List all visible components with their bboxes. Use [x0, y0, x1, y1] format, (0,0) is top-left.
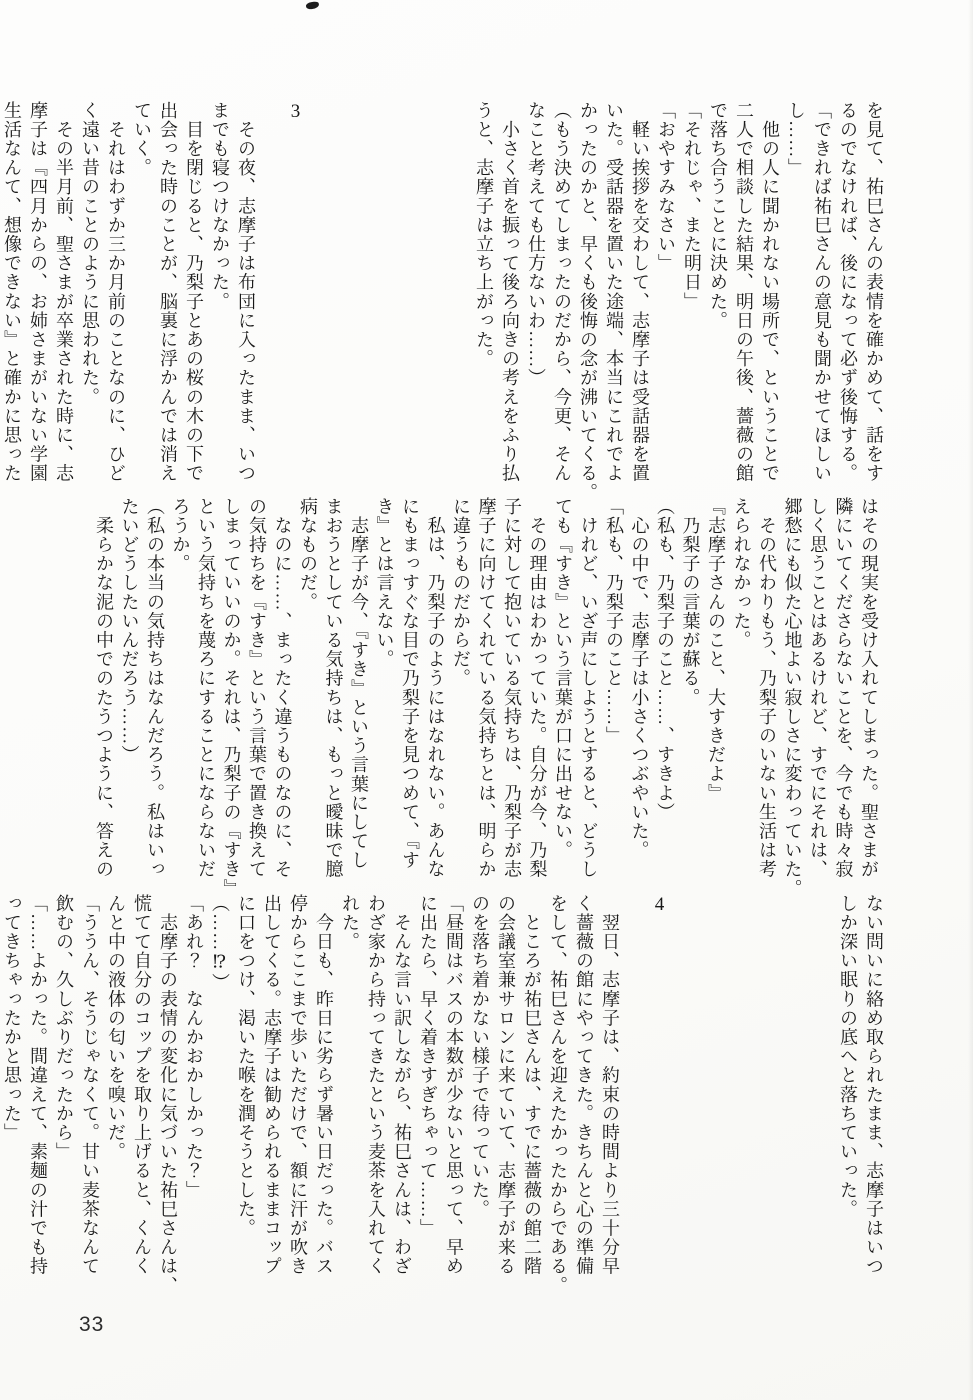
text-column: 乃梨子の言葉が蘇る。 — [677, 497, 703, 889]
text-column: し……」 — [783, 101, 809, 495]
text-column: ろうか。 — [167, 497, 193, 889]
text-column: 停からここまで歩いただけで、額に汗が吹き — [285, 894, 311, 1294]
text-column: き』とは言えない。 — [371, 497, 397, 889]
text-column: ても『すき』という言葉が口に出せない。 — [550, 497, 576, 889]
text-column: 「ううん、そうじゃなくて。甘い麦茶なんて — [77, 894, 103, 1294]
text-column: ってきちゃったかと思った」 — [0, 894, 25, 1294]
text-column: えられなかった。 — [728, 497, 754, 889]
text-column: なのに……、まったく違うものなのに、そ — [269, 497, 295, 889]
text-column: 目を閉じると、乃梨子とあの桜の木の下で — [181, 101, 207, 495]
text-column: ところが祐巳さんは、すでに薔薇の館二階 — [519, 894, 545, 1294]
page-number: 33 — [79, 1313, 104, 1337]
text-column: をして、祐巳さんを迎えたかったからである。 — [545, 894, 571, 1294]
text-column: く遠い昔のことのように思われた。 — [77, 101, 103, 495]
text-column: 私は、乃梨子のようにはなれない。あんな — [422, 497, 448, 889]
text-column: その夜、志摩子は布団に入ったまま、いつ — [233, 101, 259, 495]
text-column: いた。受話器を置いた途端、本当にこれでよ — [601, 101, 627, 495]
text-column: 出してくる。志摩子は勧められるままコップ — [259, 894, 285, 1294]
text-column: れた。 — [337, 894, 363, 1294]
text-column: はその現実を受け入れてしまった。聖さまが — [856, 497, 882, 889]
text-column: 「できれば祐巳さんの意見も聞かせてほしい — [809, 101, 835, 495]
text-column: その半月前、聖さまが卒業された時に、志 — [51, 101, 77, 495]
text-column: 志摩子の表情の変化に気づいた祐巳さんは、 — [155, 894, 181, 1294]
text-column: で落ち合うことに決めた。 — [705, 101, 731, 495]
text-column: 出会った時のことが、脳裏に浮かんでは消え — [155, 101, 181, 495]
text-column: にもまっすぐな目で乃梨子を見つめて、『す — [397, 497, 423, 889]
text-column: 他の人に聞かれない場所で、ということで — [757, 101, 783, 495]
scanned-book-page: を見て、祐巳さんの表情を確かめて、話をするのでなければ、後になって必ず後悔する。… — [0, 0, 973, 1400]
text-column: 心の中で、志摩子は小さくつぶやいた。 — [626, 497, 652, 889]
text-column: 志摩子が今、『すき』という言葉にしてし — [346, 497, 372, 889]
text-column: の気持ちを『すき』という言葉で置き換えて — [244, 497, 270, 889]
text-block-top: を見て、祐巳さんの表情を確かめて、話をするのでなければ、後になって必ず後悔する。… — [0, 101, 887, 495]
text-column: （私の本当の気持ちはなんだろう。私はいっ — [142, 497, 168, 889]
text-column: 軽い挨拶を交わして、志摩子は受話器を置 — [627, 101, 653, 495]
text-column: 今日も、昨日に劣らず暑い日だった。バス — [311, 894, 337, 1294]
text-column: 小さく首を振って後ろ向きの考えをふり払 — [497, 101, 523, 495]
text-block-bottom: ない問いに絡め取られたまま、志摩子はいつしか深い眠りの底へと落ちていった。4 翌… — [0, 894, 887, 1294]
text-column: に違うものだからだ。 — [448, 497, 474, 889]
text-column: その理由はわかっていた。自分が今、乃梨 — [524, 497, 550, 889]
page-edge-shadow — [968, 0, 973, 1400]
text-column: に口をつけ、渇いた喉を潤そうとした。 — [233, 894, 259, 1294]
text-column: （もう決めてしまったのだから、今更、そん — [549, 101, 575, 495]
text-column: 摩子は『四月からの、お姉さまがいない学園 — [25, 101, 51, 495]
text-column: く薔薇の館にやってきた。きちんと心の準備 — [571, 894, 597, 1294]
text-column: 「私も、乃梨子のこと……」 — [601, 497, 627, 889]
text-column: 飲むの、久しぶりだったから」 — [51, 894, 77, 1294]
text-column: ない問いに絡め取られたまま、志摩子はいつ — [861, 894, 887, 1294]
text-column: 子に対して抱いている気持ちは、乃梨子が志 — [499, 497, 525, 889]
text-column: （私も、乃梨子のこと……、すきよ） — [652, 497, 678, 889]
text-column: 『志摩子さんのこと、大すきだよ』 — [703, 497, 729, 889]
text-column: そんな言い訳しながら、祐巳さんは、わざ — [389, 894, 415, 1294]
text-column: 「それじゃ、また明日」 — [679, 101, 705, 495]
text-column: に出たら、早く着きすぎちゃって……」 — [415, 894, 441, 1294]
text-column: を見て、祐巳さんの表情を確かめて、話をす — [861, 101, 887, 495]
text-column: までも寝つけなかった。 — [207, 101, 233, 495]
text-column: 二人で相談した結果、明日の午後、薔薇の館 — [731, 101, 757, 495]
text-column: たいどうしたいんだろう……） — [116, 497, 142, 889]
text-column: 摩子に向けてくれている気持ちとは、明らか — [473, 497, 499, 889]
text-column: 病なものだ。 — [295, 497, 321, 889]
text-column: という気持ちを蔑ろにすることにならないだ — [193, 497, 219, 889]
text-column: んと中の液体の匂いを嗅いだ。 — [103, 894, 129, 1294]
text-column: （……⁉） — [207, 894, 233, 1294]
text-column: 生活なんて、想像できない』と確かに思った — [0, 101, 25, 495]
text-column: のを落ち着かない様子で待っていた。 — [467, 894, 493, 1294]
text-column: 「昼間はバスの本数が少ないと思って、早め — [441, 894, 467, 1294]
section-number: 4 — [646, 894, 812, 1294]
text-column: 隣にいてくださらないことを、今でも時々寂 — [830, 497, 856, 889]
text-column: しまっていいのか。それは、乃梨子の『すき』 — [218, 497, 244, 889]
scan-artifact — [306, 1, 320, 10]
text-column: わざ家から持ってきたという麦茶を入れてく — [363, 894, 389, 1294]
text-column: しく思うことはあるけれど、すでにそれは、 — [805, 497, 831, 889]
text-column: ていく。 — [129, 101, 155, 495]
text-block-middle: はその現実を受け入れてしまった。聖さまが隣にいてくださらないことを、今でも時々寂… — [91, 497, 882, 889]
text-column: それはわずか三か月前のことなのに、ひど — [103, 101, 129, 495]
text-column: るのでなければ、後になって必ず後悔する。 — [835, 101, 861, 495]
text-column: 「……よかった。間違えて、素麺の汁でも持 — [25, 894, 51, 1294]
text-column: その代わりもう、乃梨子のいない生活は考 — [754, 497, 780, 889]
text-column: 柔らかな泥の中でのたうつように、答えの — [91, 497, 117, 889]
text-column: しか深い眠りの底へと落ちていった。 — [835, 894, 861, 1294]
text-column: 郷愁にも似た心地よい寂しさに変わっていた。 — [779, 497, 805, 889]
text-column: 慌てて自分のコップを取り上げると、くんく — [129, 894, 155, 1294]
text-column: まおうとしている気持ちは、もっと曖昧で臆 — [320, 497, 346, 889]
text-column: 「おやすみなさい」 — [653, 101, 679, 495]
text-column: けれど、いざ声にしようとすると、どうし — [575, 497, 601, 889]
text-column: 翌日、志摩子は、約束の時間より三十分早 — [597, 894, 623, 1294]
section-number: 3 — [282, 101, 448, 495]
text-column: なこと考えても仕方ないわ……） — [523, 101, 549, 495]
text-column: うと、志摩子は立ち上がった。 — [471, 101, 497, 495]
text-column: 「あれ？ なんかおかしかった？」 — [181, 894, 207, 1294]
text-column: の会議室兼サロンに来ていて、志摩子が来る — [493, 894, 519, 1294]
text-column: かったのかと、早くも後悔の念が沸いてくる。 — [575, 101, 601, 495]
